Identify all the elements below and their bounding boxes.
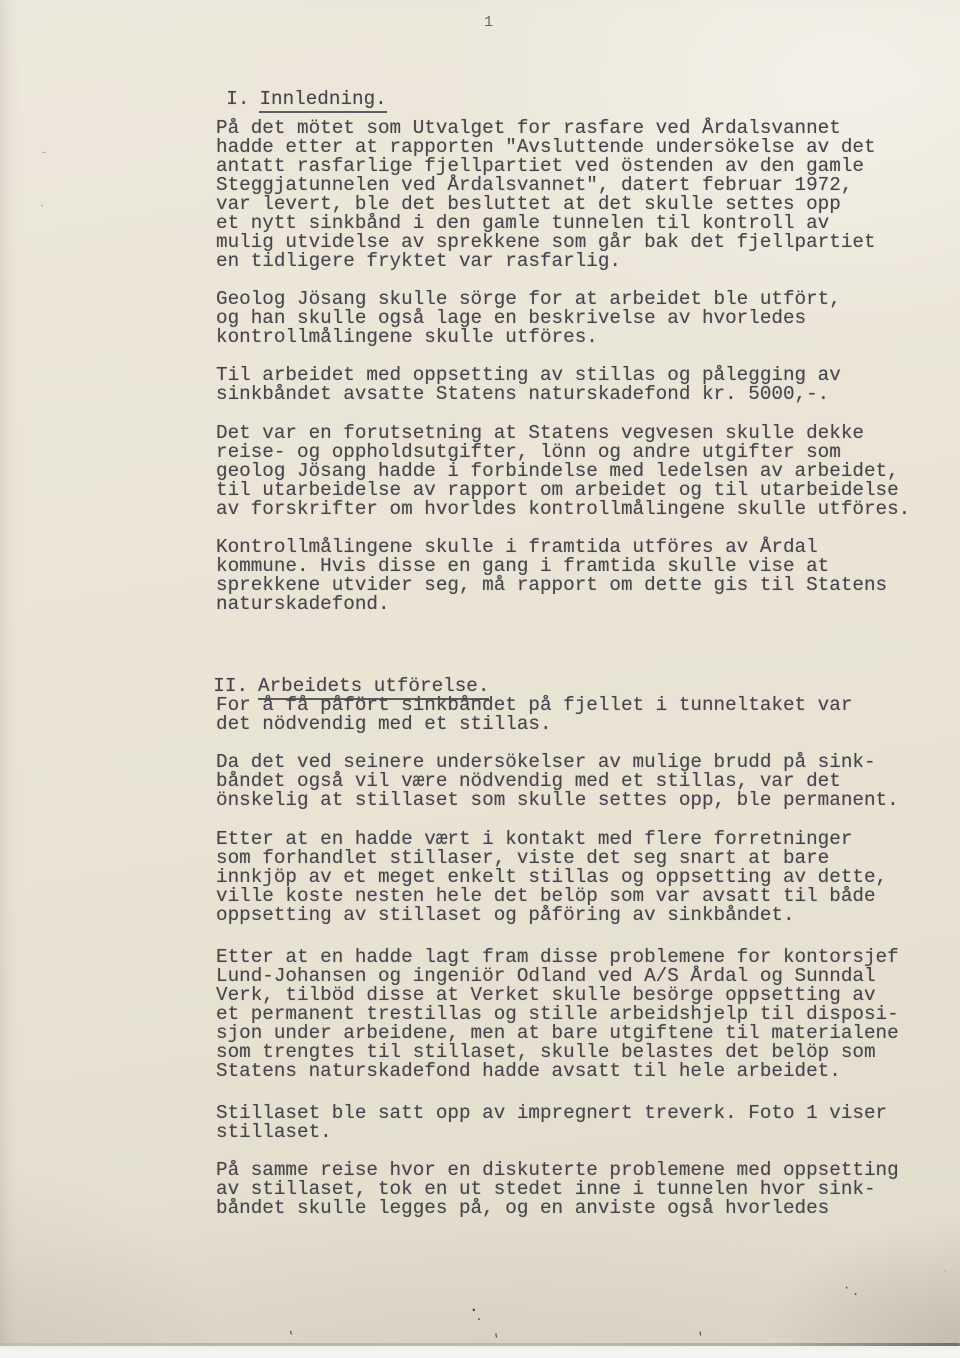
paragraph-impregnert-treverk: Stillaset ble satt opp av impregnert tre…	[216, 1104, 887, 1142]
paragraph-intro-meeting: På det mötet som Utvalget for rasfare ve…	[216, 119, 876, 271]
paragraph-lund-johansen-odland: Etter at en hadde lagt fram disse proble…	[216, 948, 899, 1081]
scanner-background-strip	[0, 1346, 960, 1358]
ink-speck: ·	[843, 1282, 850, 1295]
ink-speck: ·	[942, 1266, 949, 1279]
paragraph-geolog-josang: Geolog Jösang skulle sörge for at arbeid…	[216, 290, 841, 347]
ink-speck: ·	[38, 199, 46, 212]
scanned-document-page: 1 I.Innledning. På det mötet som Utvalge…	[0, 0, 960, 1358]
ink-speck: '	[287, 1329, 298, 1344]
section-numeral: I.	[226, 90, 249, 109]
ink-speck: .	[852, 1286, 859, 1299]
paragraph-kontrollmalinger-ardal: Kontrollmålingene skulle i framtida utfö…	[216, 538, 887, 614]
paragraph-stillas-nodvendig: For å få påfört sinkbåndet på fjellet i …	[216, 696, 852, 734]
paragraph-samme-reise: På samme reise hvor en diskuterte proble…	[216, 1161, 899, 1218]
ink-speck: -	[40, 146, 48, 159]
paragraph-forutsetning-vegvesen: Det var en forutsetning at Statens vegve…	[216, 424, 910, 519]
page-number: 1	[484, 13, 493, 32]
paragraph-permanent-stillas: Da det ved seinere undersökelser av muli…	[216, 753, 899, 810]
section-title: Innledning.	[259, 90, 386, 113]
paragraph-forretninger-stillaser: Etter at en hadde vært i kontakt med fle…	[216, 830, 887, 925]
ink-speck: .	[475, 1310, 483, 1323]
paragraph-naturskadefond-5000: Til arbeidet med oppsetting av stillas o…	[216, 366, 841, 404]
